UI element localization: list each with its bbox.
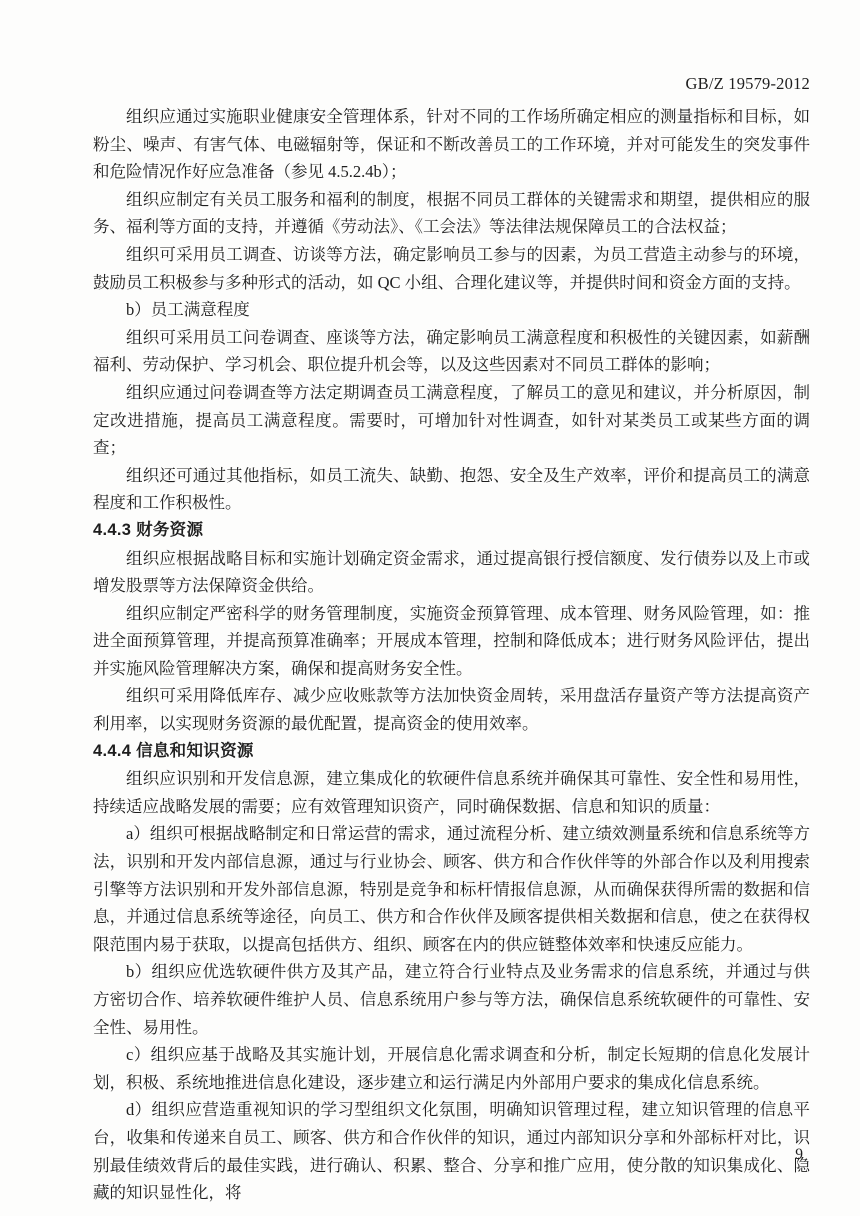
paragraph: 组织应制定严密科学的财务管理制度，实施资金预算管理、成本管理、财务风险管理，如：… bbox=[93, 600, 810, 683]
page-number: 9 bbox=[795, 1146, 803, 1163]
paragraph: b）组织应优选软硬件供方及其产品，建立符合行业特点及业务需求的信息系统，并通过与… bbox=[93, 958, 810, 1041]
paragraph: 组织还可通过其他指标，如员工流失、缺勤、抱怨、安全及生产效率，评价和提高员工的满… bbox=[93, 462, 810, 517]
document-page: GB/Z 19579-2012 组织应通过实施职业健康安全管理体系，针对不同的工… bbox=[0, 0, 860, 1216]
paragraph: 组织应通过问卷调查等方法定期调查员工满意程度，了解员工的意见和建议，并分析原因，… bbox=[93, 379, 810, 462]
list-item: b）员工满意程度 bbox=[93, 296, 810, 324]
paragraph: 组织可采用员工问卷调查、座谈等方法，确定影响员工满意程度和积极性的关键因素，如薪… bbox=[93, 324, 810, 379]
page-footer: 9 bbox=[93, 1146, 803, 1164]
paragraph: 组织可采用员工调查、访谈等方法，确定影响员工参与的因素，为员工营造主动参与的环境… bbox=[93, 241, 810, 296]
standard-number: GB/Z 19579-2012 bbox=[686, 74, 810, 93]
paragraph: 组织应根据战略目标和实施计划确定资金需求，通过提高银行授信额度、发行债券以及上市… bbox=[93, 545, 810, 600]
paragraph: 组织应制定有关员工服务和福利的制度，根据不同员工群体的关键需求和期望，提供相应的… bbox=[93, 186, 810, 241]
paragraph: c）组织应基于战略及其实施计划，开展信息化需求调查和分析，制定长短期的信息化发展… bbox=[93, 1041, 810, 1096]
paragraph: a）组织可根据战略制定和日常运营的需求，通过流程分析、建立绩效测量系统和信息系统… bbox=[93, 820, 810, 958]
document-content: 组织应通过实施职业健康安全管理体系，针对不同的工作场所确定相应的测量指标和目标，… bbox=[93, 103, 810, 1207]
paragraph: 组织应识别和开发信息源，建立集成化的软硬件信息系统并确保其可靠性、安全性和易用性… bbox=[93, 765, 810, 820]
section-heading: 4.4.4 信息和知识资源 bbox=[93, 738, 810, 766]
paragraph: 组织应通过实施职业健康安全管理体系，针对不同的工作场所确定相应的测量指标和目标，… bbox=[93, 103, 810, 186]
paragraph: 组织可采用降低库存、减少应收账款等方法加快资金周转，采用盘活存量资产等方法提高资… bbox=[93, 682, 810, 737]
document-header: GB/Z 19579-2012 bbox=[93, 74, 810, 94]
section-heading: 4.4.3 财务资源 bbox=[93, 517, 810, 545]
